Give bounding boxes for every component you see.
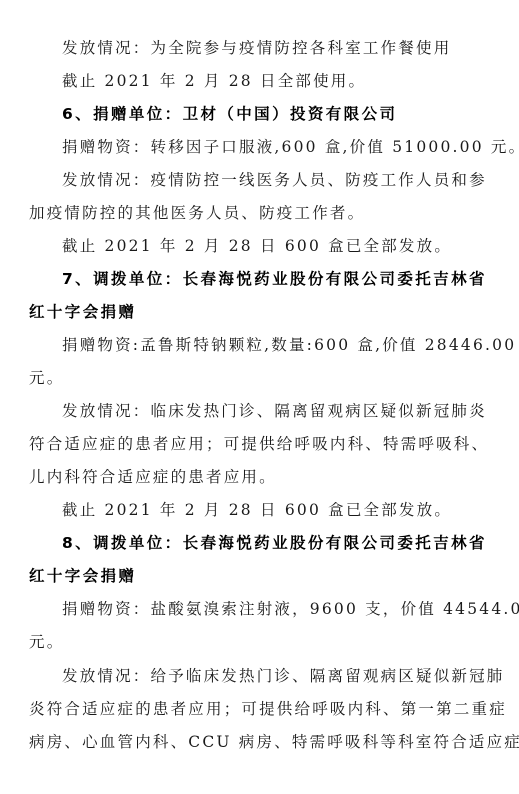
continuation-line: 炎符合适应症的患者应用；可提供给呼吸内科、第一第二重症 <box>29 699 507 719</box>
deadline-line: 截止 2021 年 2 月 28 日全部使用。 <box>62 71 366 91</box>
deadline-line: 截止 2021 年 2 月 28 日 600 盒已全部发放。 <box>62 500 452 520</box>
distribution-status-line: 发放情况：临床发热门诊、隔离留观病区疑似新冠肺炎 <box>62 401 487 421</box>
deadline-line: 截止 2021 年 2 月 28 日 600 盒已全部发放。 <box>62 236 452 256</box>
document-page: 发放情况：为全院参与疫情防控各科室工作餐使用 截止 2021 年 2 月 28 … <box>0 0 519 794</box>
continuation-line: 加疫情防控的其他医务人员、防疫工作者。 <box>29 203 365 223</box>
section-heading-8-continuation: 红十字会捐赠 <box>29 566 136 586</box>
donated-goods-line: 捐赠物资:孟鲁斯特钠颗粒,数量:600 盒,价值 28446.00 <box>62 335 516 355</box>
section-heading-8: 8、调拨单位：长春海悦药业股份有限公司委托吉林省 <box>62 533 487 553</box>
continuation-line: 元。 <box>29 632 64 652</box>
section-heading-7: 7、调拨单位：长春海悦药业股份有限公司委托吉林省 <box>62 269 487 289</box>
donated-goods-line: 捐赠物资：转移因子口服液,600 盒,价值 51000.00 元。 <box>62 137 519 157</box>
continuation-line: 元。 <box>29 368 64 388</box>
distribution-status-line: 发放情况：为全院参与疫情防控各科室工作餐使用 <box>62 38 451 58</box>
donated-goods-line: 捐赠物资：盐酸氨溴索注射液，9600 支，价值 44544.00 <box>62 599 519 619</box>
continuation-line: 符合适应症的患者应用；可提供给呼吸内科、特需呼吸科、 <box>29 434 489 454</box>
distribution-status-line: 发放情况：疫情防控一线医务人员、防疫工作人员和参 <box>62 170 487 190</box>
continuation-line: 儿内科符合适应症的患者应用。 <box>29 467 277 487</box>
distribution-status-line: 发放情况：给予临床发热门诊、隔离留观病区疑似新冠肺 <box>62 666 505 686</box>
continuation-line: 病房、心血管内科、CCU 病房、特需呼吸科等科室符合适应症的 <box>29 732 519 752</box>
section-heading-7-continuation: 红十字会捐赠 <box>29 302 136 322</box>
section-heading-6: 6、捐赠单位：卫材（中国）投资有限公司 <box>62 104 397 124</box>
